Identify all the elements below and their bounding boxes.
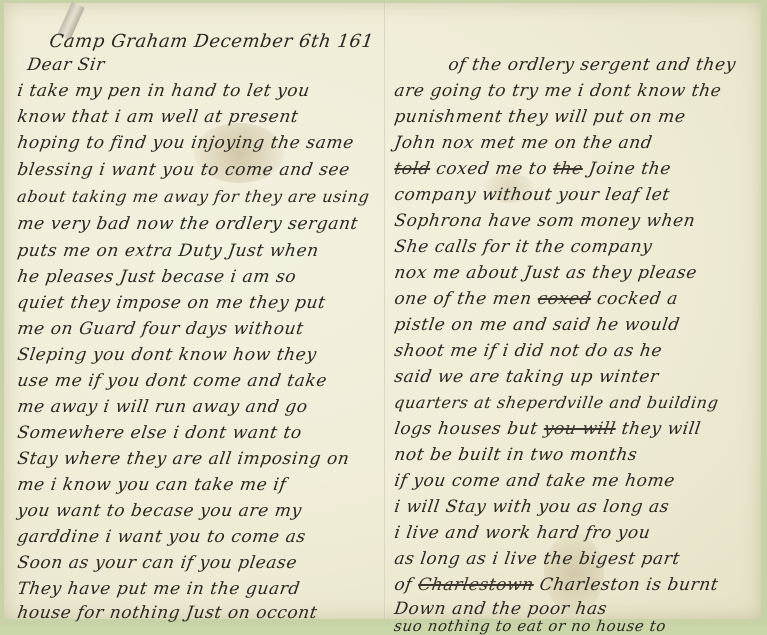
text-line: Down and the poor has (393, 599, 608, 619)
text-line: blessing i want you to come and see (16, 160, 351, 180)
text-line: quiet they impose on me they put (16, 293, 327, 313)
text-line: house for nothing Just on occont (16, 603, 319, 623)
text-line: know that i am well at present (16, 107, 300, 127)
text-line: John nox met me on the and (393, 133, 654, 153)
text-line: me on Guard four days without (16, 319, 305, 339)
text-line: i take my pen in hand to let you (16, 81, 311, 101)
text-line: he pleases Just becase i am so (16, 267, 298, 287)
text-line: me away i will run away and go (16, 397, 309, 417)
text-line: Somewhere else i dont want to (16, 423, 303, 443)
text-line: shoot me if i did not do as he (393, 341, 664, 361)
text-line: i live and work hard fro you (393, 523, 652, 543)
text-line: company without your leaf let (393, 185, 671, 205)
struck-text: told (393, 159, 432, 179)
text-line: use me if you dont come and take (16, 371, 328, 391)
text-line: of Charlestown Charleston is burnt (393, 575, 720, 595)
page-fold (384, 3, 386, 619)
text-line: Stay where they are all imposing on (16, 449, 351, 469)
text-line: hoping to find you injoying the same (16, 133, 355, 153)
text-line: Sleping you dont know how they (16, 345, 318, 365)
text-line: garddine i want you to come as (16, 527, 307, 547)
text-line: told coxed me to the Joine the (393, 159, 672, 179)
text-line: quarters at sheperdville and building (393, 393, 720, 412)
struck-text: Charlestown (417, 575, 535, 595)
letter-heading: Camp Graham December 6th 161 (48, 31, 375, 52)
letter-sheet: Camp Graham December 6th 161 Dear Sir i … (4, 3, 761, 619)
text-line: i will Stay with you as long as (393, 497, 671, 517)
text-line: suo nothing to eat or no house to (393, 617, 667, 625)
text-line: me very bad now the ordlery sergant (16, 214, 359, 234)
text-line: puts me on extra Duty Just when (16, 241, 320, 261)
text-line: logs houses but you will they will (393, 419, 702, 439)
text-line: punishment they will put on me (393, 107, 687, 127)
text-line: if you come and take me home (393, 471, 676, 491)
text-line: as long as i live the bigest part (393, 549, 681, 569)
text-line: said we are taking up winter (393, 367, 660, 387)
text-line: not be built in two months (393, 445, 639, 465)
text-line: pistle on me and said he would (393, 315, 681, 335)
document-frame: Camp Graham December 6th 161 Dear Sir i … (0, 0, 767, 625)
text-line: Soon as your can if you please (16, 553, 298, 573)
left-page: Camp Graham December 6th 161 Dear Sir i … (4, 3, 382, 619)
text-line: nox me about Just as they please (393, 263, 698, 283)
struck-text: coxed (536, 289, 592, 309)
text-line: me i know you can take me if (16, 475, 288, 495)
struck-text: the (552, 159, 584, 179)
text-line: are going to try me i dont know the (393, 81, 723, 101)
text-line: about taking me away for they are using (16, 187, 371, 206)
text-line: one of the men coxed cocked a (393, 289, 679, 309)
text-line: She calls for it the company (393, 237, 654, 257)
text-line: Sophrona have som money when (393, 211, 697, 231)
text-line: you want to becase you are my (16, 501, 303, 521)
right-page: of the ordlery sergent and they are goin… (387, 3, 761, 619)
salutation: Dear Sir (26, 55, 106, 75)
struck-text: you will (542, 419, 617, 439)
text-line: They have put me in the guard (16, 579, 301, 599)
text-line: of the ordlery sergent and they (447, 55, 737, 75)
